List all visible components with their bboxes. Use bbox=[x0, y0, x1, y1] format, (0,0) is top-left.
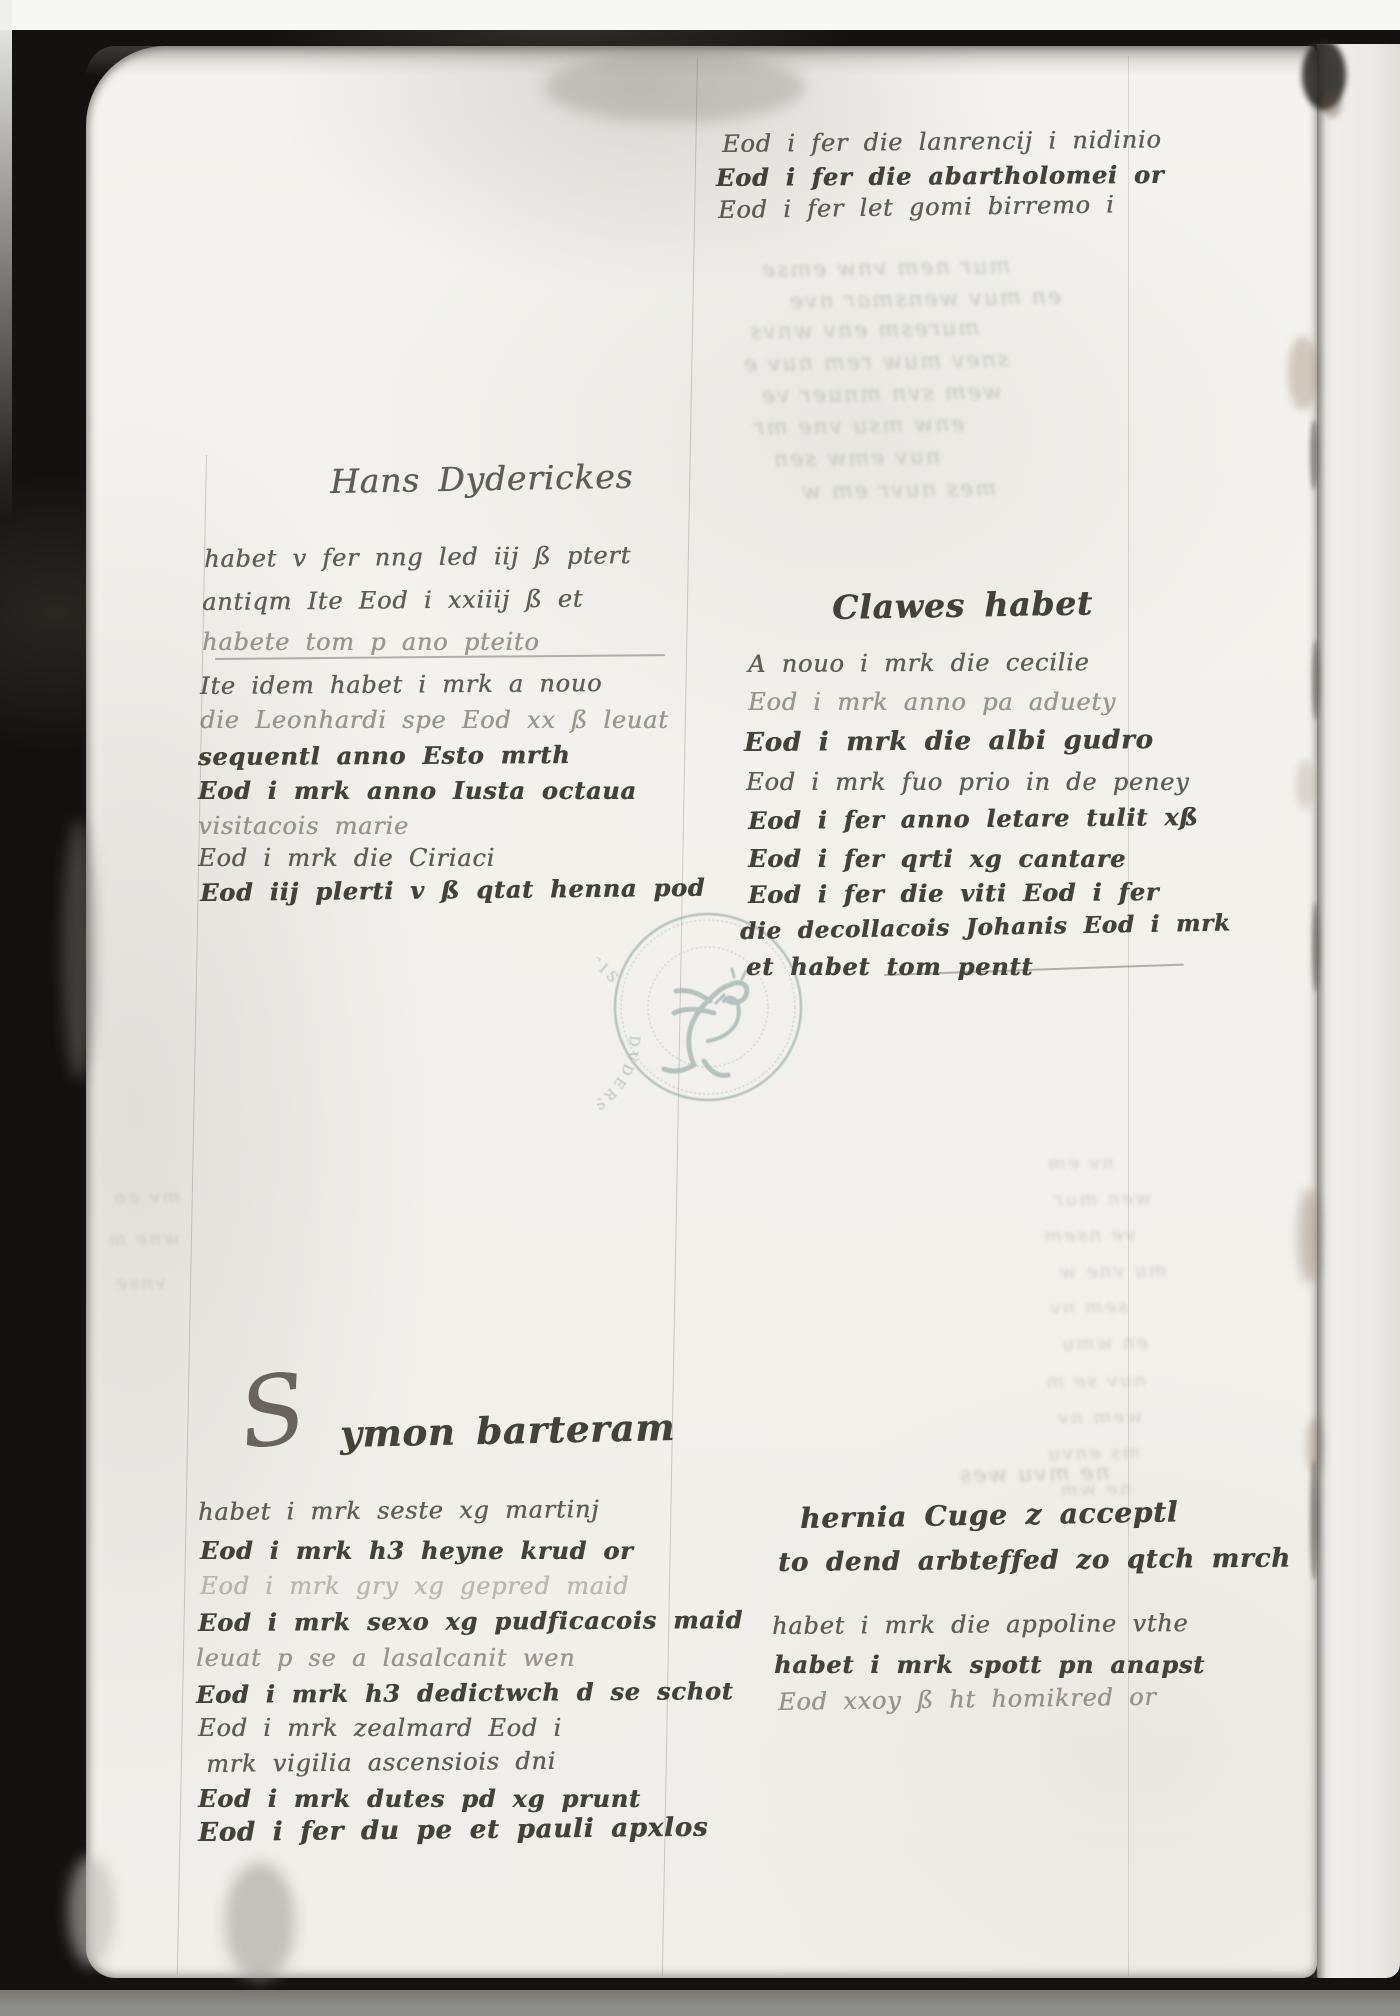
show-through-text: mu vne w bbox=[1058, 1259, 1167, 1283]
manuscript-line: Eod i mrk gry xg gepred maid bbox=[200, 1572, 629, 1600]
stain-bottom-left bbox=[225, 1862, 295, 1982]
manuscript-line: to dend arbteffed zo qtch mrch bbox=[778, 1544, 1291, 1578]
show-through-text: wem svn mnuer ve bbox=[760, 380, 1002, 409]
show-through-text: wen mur bbox=[1052, 1187, 1151, 1211]
manuscript-line: Eod i fer du pe et pauli apxlos bbox=[198, 1813, 709, 1848]
manuscript-line: Eod i fer qrti xg cantare bbox=[748, 844, 1126, 873]
crease-mark bbox=[1312, 640, 1319, 720]
show-through-text: vnse bbox=[114, 1272, 166, 1295]
manuscript-line: Eod i mrk h3 dedictwch d se schot bbox=[196, 1676, 734, 1709]
show-through-text: en muv wensmar nve bbox=[788, 285, 1061, 315]
manuscript-line: die Leonhardi spe Eod xx ß leuat bbox=[200, 706, 669, 734]
show-through-text: ve nsem bbox=[1042, 1223, 1136, 1247]
show-through-text: en wmu bbox=[1060, 1331, 1148, 1355]
show-through-text: nuv se m bbox=[1044, 1369, 1147, 1393]
manuscript-line: visitacois marie bbox=[198, 812, 409, 840]
manuscript-line: habete tom p ano pteito bbox=[202, 628, 540, 656]
table-surface bbox=[0, 1990, 1400, 2016]
manuscript-line: Eod i mrk anno Iusta octaua bbox=[198, 776, 637, 805]
binding-crinkle bbox=[62, 820, 96, 1080]
stain-top-center bbox=[545, 52, 805, 122]
manuscript-line: Eod iij plerti v ß qtat henna pod bbox=[200, 873, 706, 907]
manuscript-line: Eod i mrk die Ciriaci bbox=[198, 844, 495, 872]
stain-spot bbox=[1296, 760, 1314, 810]
manuscript-line: Eod i mrk zealmard Eod i bbox=[198, 1714, 562, 1742]
manuscript-line: Eod i mrk h3 heyne krud or bbox=[200, 1536, 634, 1565]
show-through-text: wne m bbox=[106, 1227, 180, 1250]
show-through-text: mes nuvr em w bbox=[800, 476, 997, 504]
fore-edge-pages bbox=[1317, 44, 1400, 1978]
corner-tear bbox=[68, 1856, 114, 1966]
manuscript-line: antiqm Ite Eod i xxiiij ß et bbox=[202, 585, 583, 616]
manuscript-line: habet i mrk die appoline vthe bbox=[772, 1609, 1189, 1640]
manuscript-line: Eod i mrk die albi gudro bbox=[744, 725, 1154, 758]
manuscript-line: Eod i fer die abartholomei or bbox=[716, 160, 1164, 192]
show-through-text: nv em bbox=[1046, 1151, 1115, 1174]
manuscript-line: habet v fer nng led iij ß ptert bbox=[204, 541, 631, 573]
seal-ring-text: DVDERSTADIENSIS + SECRETVM CIVITATIS bbox=[597, 941, 642, 1118]
manuscript-line: Eod i fer die viti Eod i fer bbox=[748, 877, 1159, 909]
show-through-text: enw msu vne mr bbox=[752, 412, 965, 441]
manuscript-line: Ite idem habet i mrk a nouo bbox=[200, 669, 602, 700]
crease-mark bbox=[1310, 420, 1318, 490]
manuscript-line: Eod i mrk dutes pd xg prunt bbox=[198, 1784, 641, 1813]
manuscript-line: Eod i mrk sexo xg pudficacois maid bbox=[198, 1605, 743, 1637]
show-through-text: muresm env wnvs bbox=[748, 316, 979, 345]
show-through-text: sem nv bbox=[1048, 1295, 1128, 1318]
stain-spot bbox=[1322, 92, 1342, 118]
manuscript-line: leuat p se a lasalcanit wen bbox=[196, 1644, 575, 1672]
manuscript-line: Eod i mrk fuo prio in de peney bbox=[746, 768, 1189, 796]
scan-top-margin bbox=[0, 0, 1400, 30]
show-through-text: mur nem vnw emse bbox=[760, 254, 1011, 283]
show-through-text: ne mvu wes bbox=[958, 1461, 1110, 1489]
manuscript-line: Eod i fer let gomi birremo i bbox=[718, 190, 1115, 224]
scan-left-margin bbox=[0, 0, 12, 520]
crease-mark bbox=[1310, 1460, 1318, 1580]
manuscript-line: Eod i mrk anno pa aduety bbox=[748, 688, 1116, 716]
entry-heading: Clawes habet bbox=[832, 583, 1094, 627]
manuscript-line: A nouo i mrk die cecilie bbox=[748, 648, 1090, 678]
manuscript-line: habet i mrk seste xg martinj bbox=[198, 1495, 599, 1526]
seal-lion-rampant-icon bbox=[664, 969, 747, 1075]
manuscript-line: Eod i fer die lanrencij i nidinio bbox=[722, 125, 1162, 158]
entry-heading: Hans Dyderickes bbox=[330, 457, 634, 501]
manuscript-line: mrk vigilia ascensiois dni bbox=[206, 1747, 556, 1778]
manuscript-photo: DVDERSTADIENSIS + SECRETVM CIVITATIS mur… bbox=[0, 0, 1400, 2016]
manuscript-line: hernia Cuge z acceptl bbox=[800, 1495, 1179, 1535]
crease-mark bbox=[1312, 902, 1319, 992]
manuscript-line: sequentl anno Esto mrth bbox=[198, 740, 570, 771]
manuscript-line: et habet tom pentt bbox=[746, 952, 1033, 981]
stain-spot bbox=[1298, 1188, 1320, 1284]
show-through-text: nuv emw sen bbox=[772, 445, 940, 473]
manuscript-line: Eod xxoy ß ht homikred or bbox=[778, 1683, 1157, 1716]
stain-spot bbox=[1288, 336, 1318, 410]
show-through-text: snev muw rem nuv e bbox=[742, 348, 1009, 378]
manuscript-line: habet i mrk spott pn anapst bbox=[774, 1650, 1205, 1679]
entry-heading: ymon barteram bbox=[340, 1405, 676, 1456]
show-through-text: mv en bbox=[112, 1185, 181, 1208]
show-through-text: wem nv bbox=[1056, 1405, 1143, 1429]
manuscript-line: Eod i fer anno letare tulit xß bbox=[748, 802, 1199, 835]
